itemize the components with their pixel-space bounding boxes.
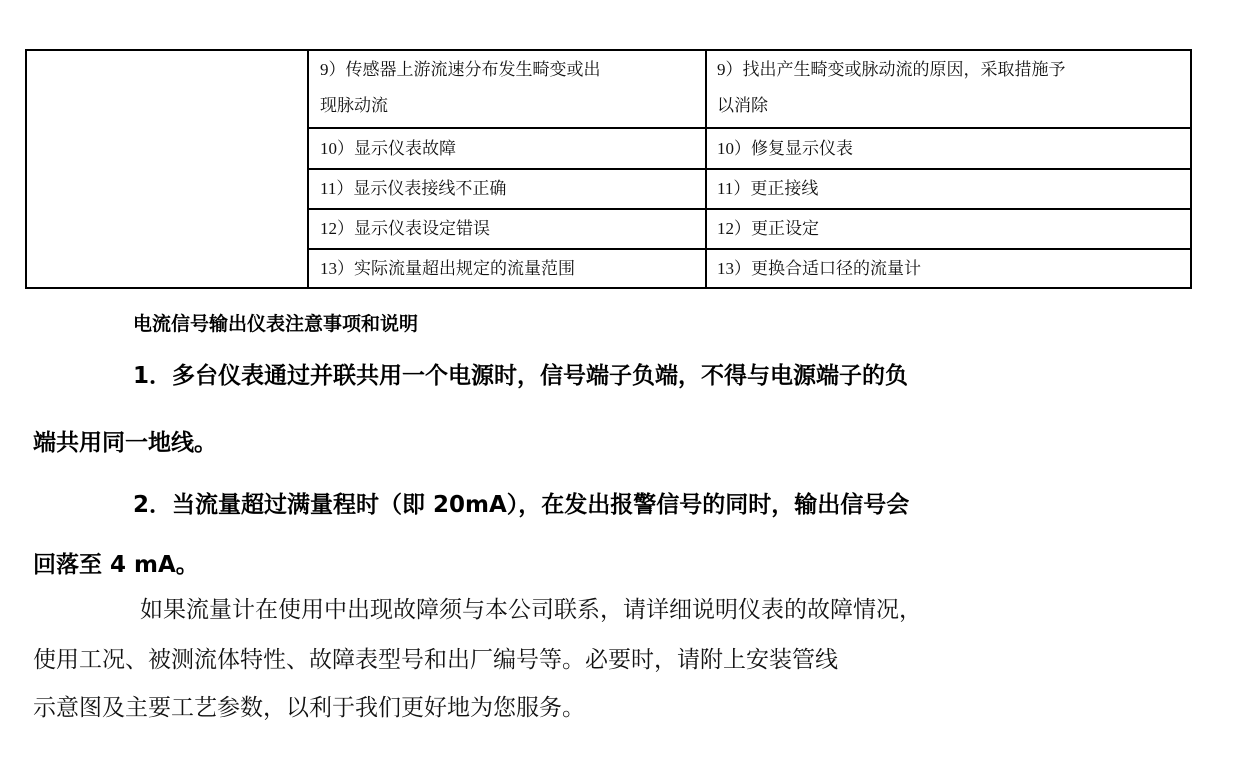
table-row-divider [308, 208, 1192, 210]
remedy-cell: 13）更换合适口径的流量计 [717, 251, 921, 287]
empty-category-cell [27, 51, 307, 287]
remedy-cell: 12）更正设定 [717, 211, 819, 247]
cause-cell: 9）传感器上游流速分布发生畸变或出 [320, 52, 601, 88]
remedy-cell: 10）修复显示仪表 [717, 131, 853, 167]
note-1-line-1: 1．多台仪表通过并联共用一个电源时，信号端子负端，不得与电源端子的负 [133, 361, 908, 391]
remedy-cell-continued: 以消除 [717, 88, 768, 124]
remedy-cell: 11）更正接线 [717, 171, 818, 207]
section-heading: 电流信号输出仪表注意事项和说明 [133, 312, 418, 336]
note-2-line-2: 回落至 4 mA。 [33, 550, 199, 580]
remedy-cell: 9）找出产生畸变或脉动流的原因，采取措施予 [717, 52, 1066, 88]
contact-line-3: 示意图及主要工艺参数，以利于我们更好地为您服务。 [33, 693, 585, 723]
table-row-divider [308, 127, 1192, 129]
contact-line-1: 如果流量计在使用中出现故障须与本公司联系，请详细说明仪表的故障情况， [140, 595, 922, 625]
cause-cell: 12）显示仪表设定错误 [320, 211, 490, 247]
cause-cell: 11）显示仪表接线不正确 [320, 171, 506, 207]
cause-cell-continued: 现脉动流 [320, 88, 388, 124]
table-row-divider [308, 168, 1192, 170]
note-2-line-1: 2．当流量超过满量程时（即 20mA），在发出报警信号的同时，输出信号会 [133, 490, 909, 520]
cause-cell: 13）实际流量超出规定的流量范围 [320, 251, 575, 287]
table-row-divider [308, 248, 1192, 250]
contact-line-2: 使用工况、被测流体特性、故障表型号和出厂编号等。必要时，请附上安装管线 [33, 645, 838, 675]
note-1-line-2: 端共用同一地线。 [33, 428, 217, 458]
cause-cell: 10）显示仪表故障 [320, 131, 456, 167]
